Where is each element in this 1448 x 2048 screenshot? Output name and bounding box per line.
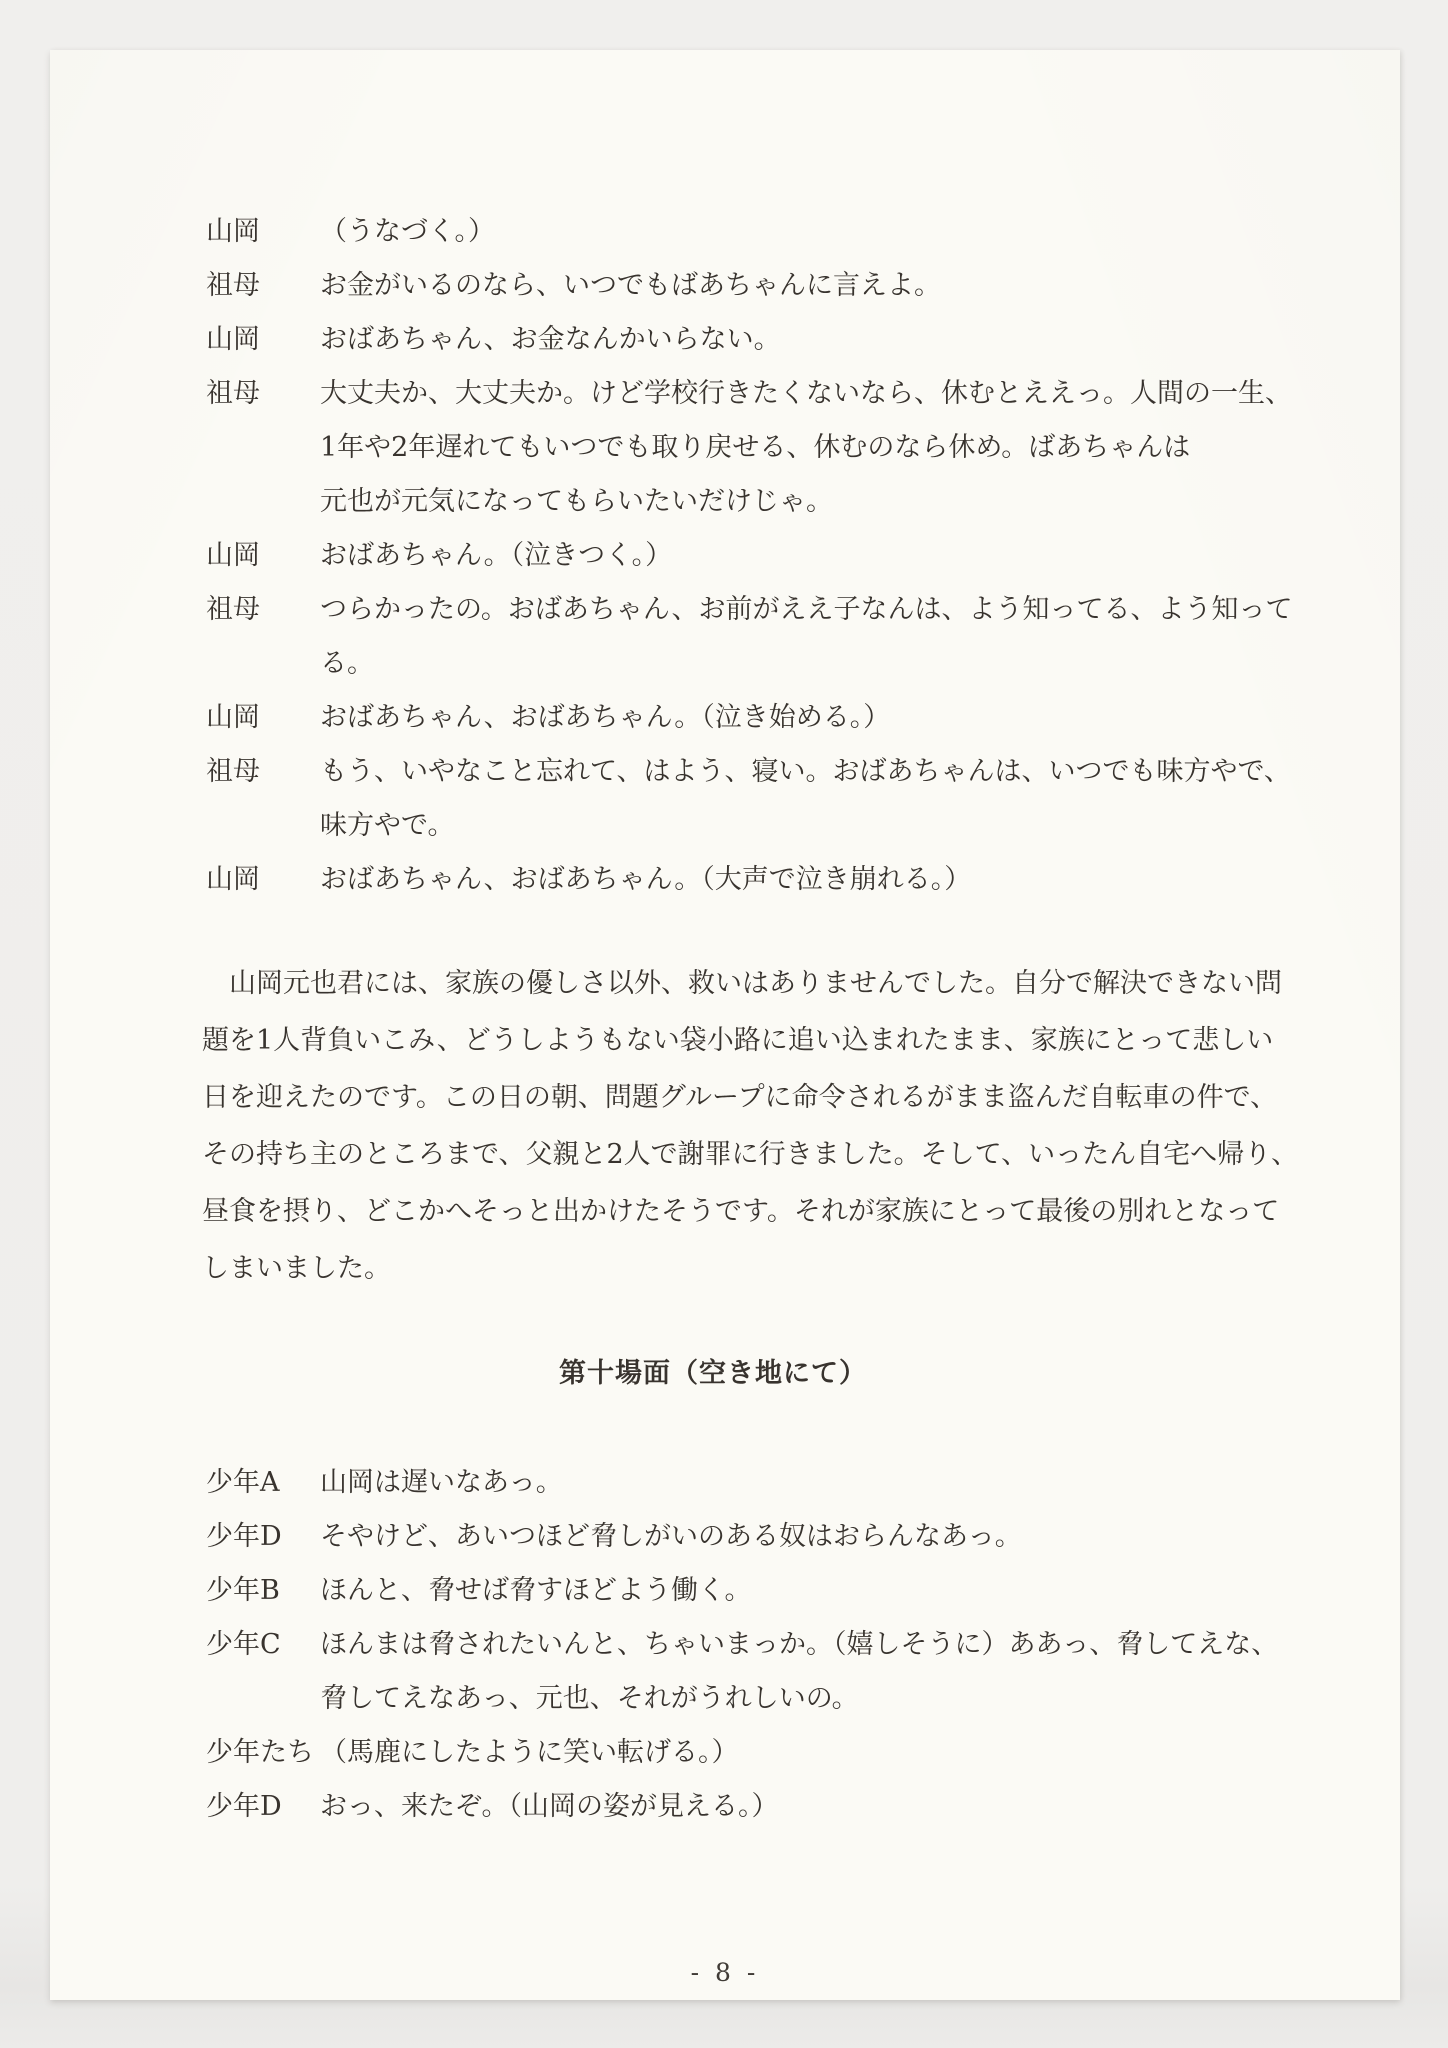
scene1-dialogue-block: 山岡 （うなづく。） 祖母 お金がいるのなら、いつでもばあちゃんに言えよ。 山岡…	[206, 205, 1300, 907]
dialogue-row: 山岡 おばあちゃん、お金なんかいらない。	[206, 313, 1300, 367]
speaker-label: 少年B	[206, 1564, 320, 1618]
dialogue-text: ほんまは脅されたいんと、ちゃいまっか。（嬉しそうに）ああっ、脅してえな、 脅して…	[320, 1618, 1300, 1726]
speaker-label: 少年たち	[206, 1726, 320, 1780]
dialogue-row: 山岡 （うなづく。）	[206, 205, 1300, 259]
speaker-label: 山岡	[206, 313, 320, 367]
speaker-label: 少年A	[206, 1456, 320, 1510]
page-content: 山岡 （うなづく。） 祖母 お金がいるのなら、いつでもばあちゃんに言えよ。 山岡…	[206, 205, 1300, 1834]
speaker-label: 山岡	[206, 205, 320, 259]
dialogue-text: おばあちゃん。（泣きつく。）	[320, 529, 1300, 583]
dialogue-text: おばあちゃん、おばあちゃん。（大声で泣き崩れる。）	[320, 853, 1300, 907]
dialogue-row: 少年D そやけど、あいつほど脅しがいのある奴はおらんなあっ。	[206, 1510, 1300, 1564]
dialogue-row: 少年B ほんと、脅せば脅すほどよう働く。	[206, 1564, 1300, 1618]
dialogue-text: 大丈夫か、大丈夫か。けど学校行きたくないなら、休むとええっ。人間の一生、 1年や…	[320, 367, 1300, 529]
dialogue-text: もう、いやなこと忘れて、はよう、寝い。おばあちゃんは、いつでも味方やで、 味方や…	[320, 745, 1300, 853]
speaker-label: 少年C	[206, 1618, 320, 1672]
dialogue-row: 少年D おっ、来たぞ。（山岡の姿が見える。）	[206, 1780, 1300, 1834]
dialogue-row: 祖母 もう、いやなこと忘れて、はよう、寝い。おばあちゃんは、いつでも味方やで、 …	[206, 745, 1300, 853]
speaker-label: 祖母	[206, 259, 320, 313]
dialogue-text: おばあちゃん、おばあちゃん。（泣き始める。）	[320, 691, 1300, 745]
page-number: - 8 -	[50, 1960, 1400, 1986]
scene2-dialogue-block: 少年A 山岡は遅いなあっ。 少年D そやけど、あいつほど脅しがいのある奴はおらん…	[206, 1456, 1300, 1834]
dialogue-text: おばあちゃん、お金なんかいらない。	[320, 313, 1300, 367]
speaker-label: 少年D	[206, 1510, 320, 1564]
dialogue-text: （馬鹿にしたように笑い転げる。）	[320, 1726, 1300, 1780]
speaker-label: 祖母	[206, 745, 320, 799]
speaker-label: 祖母	[206, 367, 320, 421]
scan-background: 山岡 （うなづく。） 祖母 お金がいるのなら、いつでもばあちゃんに言えよ。 山岡…	[0, 0, 1448, 2048]
dialogue-text: 山岡は遅いなあっ。	[320, 1456, 1300, 1510]
dialogue-text: （うなづく。）	[320, 205, 1300, 259]
dialogue-row: 祖母 つらかったの。おばあちゃん、お前がええ子なんは、よう知ってる、よう知って …	[206, 583, 1300, 691]
dialogue-row: 祖母 お金がいるのなら、いつでもばあちゃんに言えよ。	[206, 259, 1300, 313]
dialogue-text: おっ、来たぞ。（山岡の姿が見える。）	[320, 1780, 1300, 1834]
speaker-label: 少年D	[206, 1780, 320, 1834]
speaker-label: 山岡	[206, 853, 320, 907]
speaker-label: 祖母	[206, 583, 320, 637]
speaker-label: 山岡	[206, 691, 320, 745]
scene-heading: 第十場面（空き地にて）	[126, 1345, 1300, 1402]
dialogue-row: 山岡 おばあちゃん。（泣きつく。）	[206, 529, 1300, 583]
dialogue-text: お金がいるのなら、いつでもばあちゃんに言えよ。	[320, 259, 1300, 313]
dialogue-text: ほんと、脅せば脅すほどよう働く。	[320, 1564, 1300, 1618]
dialogue-row: 祖母 大丈夫か、大丈夫か。けど学校行きたくないなら、休むとええっ。人間の一生、 …	[206, 367, 1300, 529]
dialogue-row: 山岡 おばあちゃん、おばあちゃん。（大声で泣き崩れる。）	[206, 853, 1300, 907]
dialogue-row: 少年C ほんまは脅されたいんと、ちゃいまっか。（嬉しそうに）ああっ、脅してえな、…	[206, 1618, 1300, 1726]
narration-paragraph: 山岡元也君には、家族の優しさ以外、救いはありませんでした。自分で解決できない問 …	[202, 955, 1300, 1297]
dialogue-text: そやけど、あいつほど脅しがいのある奴はおらんなあっ。	[320, 1510, 1300, 1564]
speaker-label: 山岡	[206, 529, 320, 583]
dialogue-text: つらかったの。おばあちゃん、お前がええ子なんは、よう知ってる、よう知って る。	[320, 583, 1300, 691]
document-page: 山岡 （うなづく。） 祖母 お金がいるのなら、いつでもばあちゃんに言えよ。 山岡…	[50, 50, 1400, 2000]
dialogue-row: 少年たち （馬鹿にしたように笑い転げる。）	[206, 1726, 1300, 1780]
dialogue-row: 山岡 おばあちゃん、おばあちゃん。（泣き始める。）	[206, 691, 1300, 745]
dialogue-row: 少年A 山岡は遅いなあっ。	[206, 1456, 1300, 1510]
